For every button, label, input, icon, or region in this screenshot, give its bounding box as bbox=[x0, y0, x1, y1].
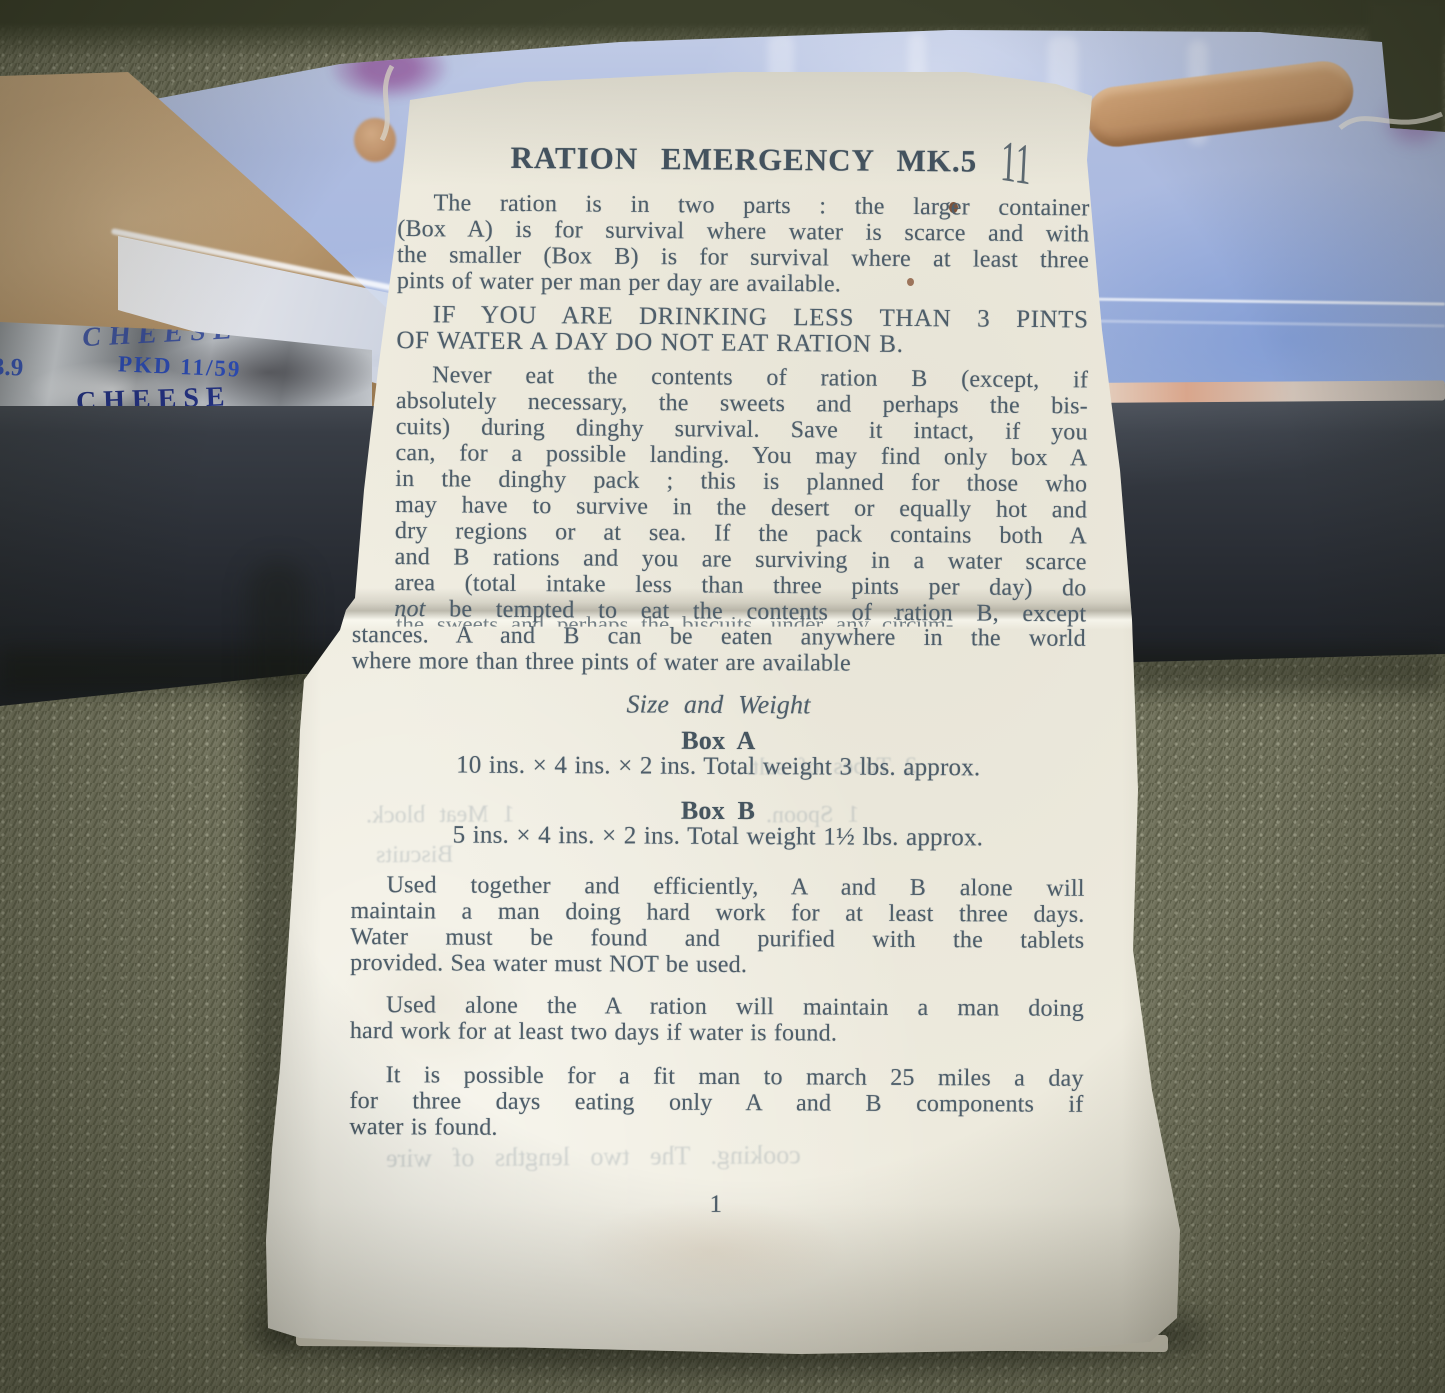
photo-vignette bbox=[0, 0, 1445, 1393]
photo-canvas: CHEESE 3.9 PKD 11/59 CHEESE 2 Tubes of s… bbox=[0, 0, 1445, 1393]
